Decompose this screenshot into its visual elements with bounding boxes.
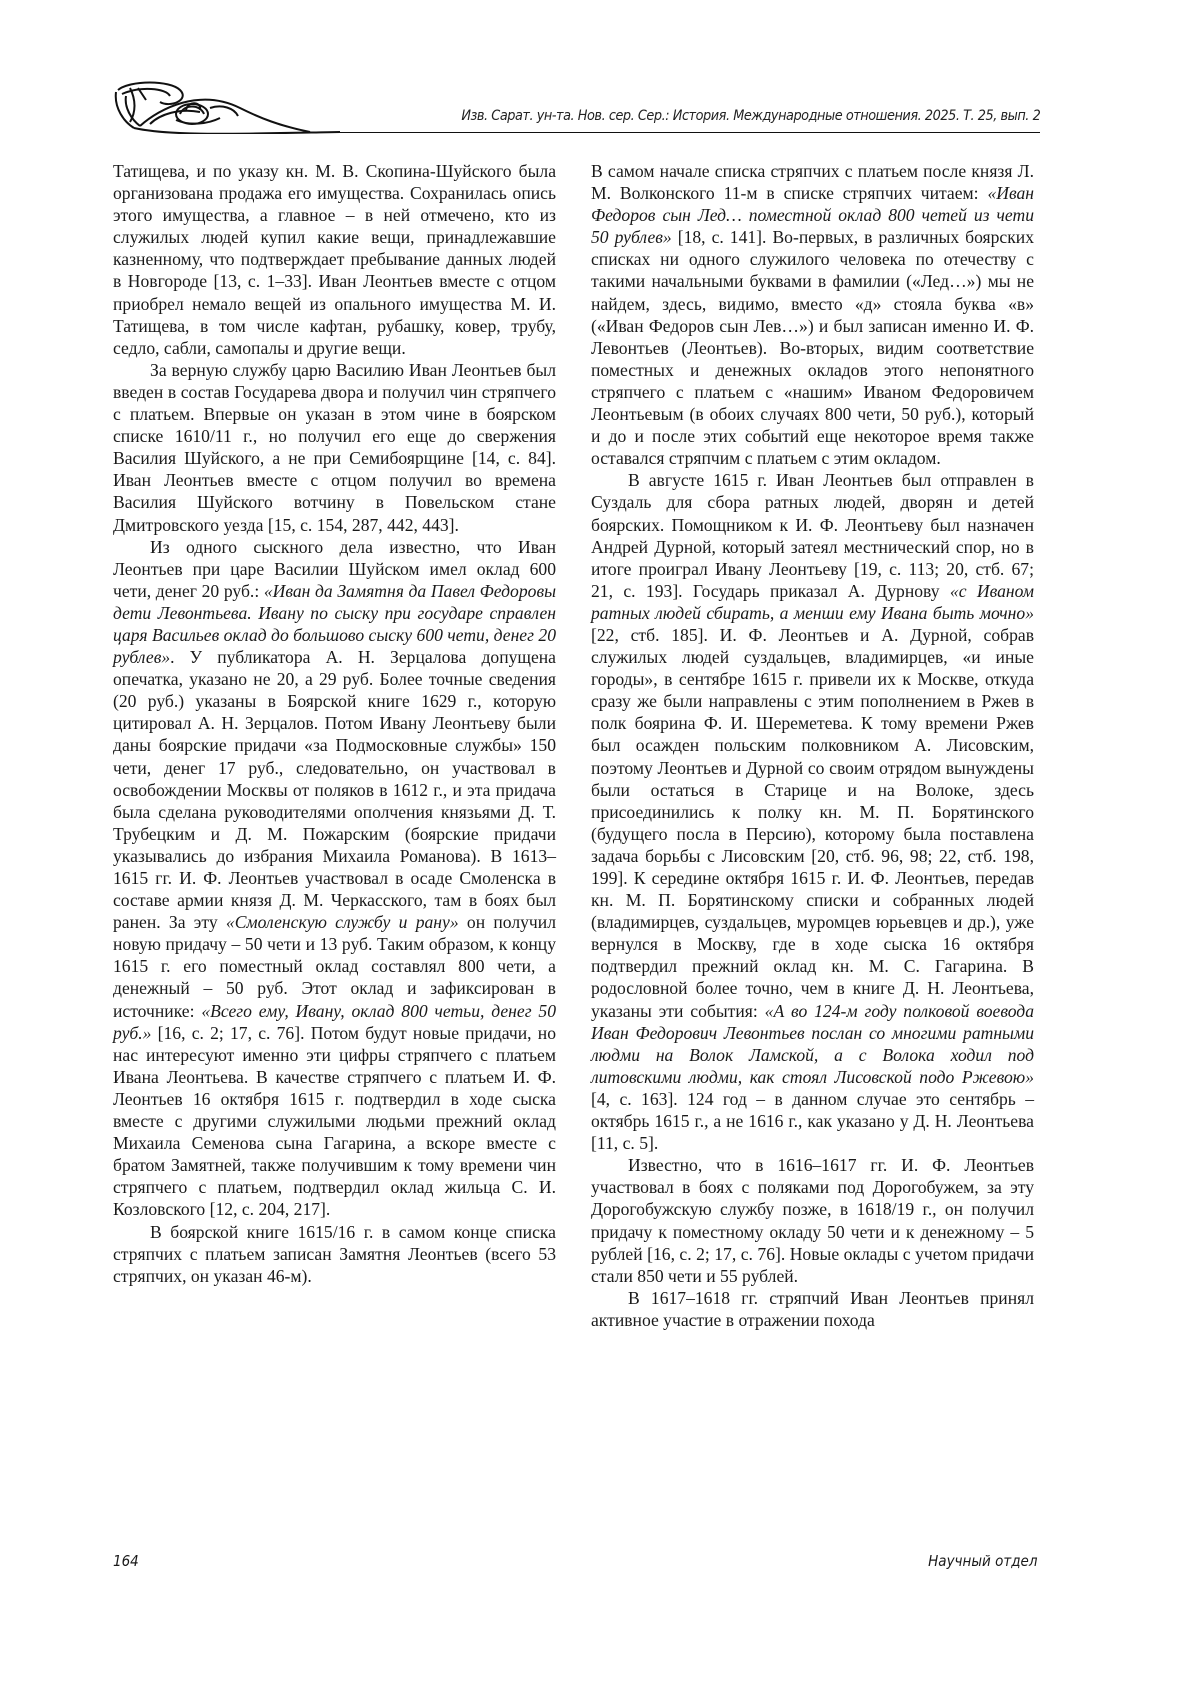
paragraph-text: В 1617–1618 гг. стряпчий Иван Леонтьев п… [591,1288,1034,1330]
running-head: Изв. Сарат. ун-та. Нов. сер. Сер.: Истор… [461,108,1040,124]
right-column: В самом начале списка стряпчих с платьем… [591,160,1034,1331]
paragraph: Из одного сыскного дела известно, что Ив… [113,536,556,1221]
paragraph: Татищева, и по указу кн. М. В. Скопина-Ш… [113,160,556,359]
art-nouveau-flower-ornament-icon [110,78,340,134]
paragraph: Известно, что в 1616–1617 гг. И. Ф. Леон… [591,1154,1034,1287]
paragraph-text: [22, стб. 185]. И. Ф. Леонтьев и А. Дурн… [591,625,1034,1021]
paragraph-text: [4, с. 163]. 124 год – в данном случае э… [591,1089,1034,1153]
page-number: 164 [113,1552,139,1570]
paragraph: В самом начале списка стряпчих с платьем… [591,160,1034,469]
left-column: Татищева, и по указу кн. М. В. Скопина-Ш… [113,160,556,1287]
paragraph-text: В боярской книге 1615/16 г. в самом конц… [113,1222,556,1286]
paragraph-text: За верную службу царю Василию Иван Леонт… [113,360,556,535]
paragraph-text: Известно, что в 1616–1617 гг. И. Ф. Леон… [591,1155,1034,1285]
paragraph-text: [16, с. 2; 17, с. 76]. Потом будут новые… [113,1023,556,1220]
paragraph: В боярской книге 1615/16 г. в самом конц… [113,1221,556,1287]
section-name: Научный отдел [928,1552,1037,1570]
quotation: «Смоленскую службу и рану» [226,912,459,932]
paragraph-text: Татищева, и по указу кн. М. В. Скопина-Ш… [113,161,556,358]
running-header: Изв. Сарат. ун-та. Нов. сер. Сер.: Истор… [110,78,1040,136]
paragraph: За верную службу царю Василию Иван Леонт… [113,359,556,536]
paragraph: В августе 1615 г. Иван Леонтьев был отпр… [591,469,1034,1154]
paragraph: В 1617–1618 гг. стряпчий Иван Леонтьев п… [591,1287,1034,1331]
header-rule [310,132,1040,133]
paragraph-text: В самом начале списка стряпчих с платьем… [591,161,1034,203]
paragraph-text: . У публикатора А. Н. Зерцалова допущена… [113,647,556,932]
paragraph-text: [18, с. 141]. Во-первых, в различных боя… [591,227,1034,468]
